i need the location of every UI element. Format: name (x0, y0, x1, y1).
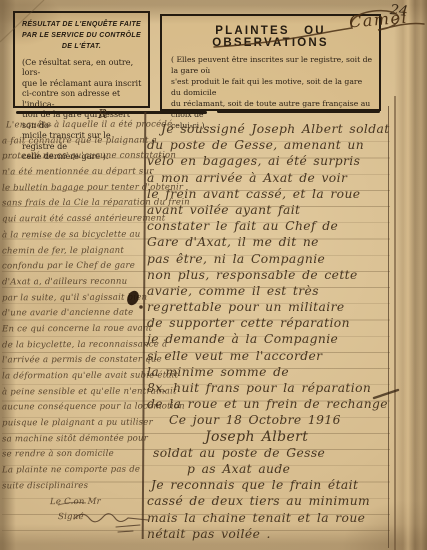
handwritten-line: la minime somme de (147, 364, 397, 380)
handwritten-line: sans frais de la Cie la réparation du fr… (2, 196, 144, 212)
handwritten-line: de la bicyclette, la reconnaissance à (2, 337, 144, 353)
handwritten-line: si elle veut me l'accorder (147, 348, 397, 364)
handwritten-line: l'arrivée a permis de constater que (2, 353, 144, 369)
handwritten-line: a fait connaître que le plaignant a (2, 133, 144, 149)
handwritten-line: à peine sensible et qu'elle n'entraînait (2, 384, 144, 400)
handwritten-line: vélo en bagages, ai été surpris (147, 153, 397, 169)
result-box: RÉSULTAT DE L'ENQUÊTE FAITE PAR LE SERVI… (13, 11, 150, 108)
handwritten-line: Gare d'Axat, il me dit ne (147, 234, 397, 250)
handwritten-line: avarie, comme il est très (147, 283, 397, 299)
handwritten-line: puisque le plaignant a pu utiliser (2, 416, 144, 432)
handwritten-line: soldat au poste de Gesse (147, 445, 397, 461)
handwritten-line: 8x. huit frans pour la réparation (147, 380, 397, 396)
handwritten-line: confondu par le Chef de gare (2, 259, 144, 275)
handwritten-line: d'Axat a, d'ailleurs reconnu (2, 275, 144, 291)
right-column-rule-bar (217, 110, 380, 113)
handwritten-line: le bulletin bagage pour tenter d'obtenir (2, 180, 144, 196)
handwritten-line: à la remise de sa bicyclette au (2, 227, 144, 243)
handwritten-line: de la roue et un frein de rechange (147, 396, 397, 412)
complaint-text-column: Je soussigné Joseph Albert soldatdu post… (147, 121, 397, 542)
register-page: RÉSULTAT DE L'ENQUÊTE FAITE PAR LE SERVI… (0, 0, 427, 550)
handwritten-line: regrettable pour un militaire (147, 299, 397, 315)
handwritten-line: aucune conséquence pour la locomotion (2, 400, 144, 416)
handwritten-line: sa machine sitôt démontée pour (2, 431, 144, 447)
handwritten-line: mais la chaine tenait et la roue (147, 510, 397, 526)
handwritten-line: p as Axat aude (147, 461, 397, 477)
handwritten-line: je demande à la Compagnie (147, 331, 397, 347)
handwritten-line: Joseph Albert (147, 429, 397, 445)
complaints-box-title: PLAINTES OU OBSERVATIONS (162, 25, 379, 49)
handwritten-line: suite disciplinaires (2, 478, 144, 494)
handwritten-line: qui aurait été cassé antérieurement (2, 212, 144, 228)
handwritten-line: non plus, responsable de cette (147, 267, 397, 283)
handwritten-line: se rendre à son domicile (2, 447, 144, 463)
handwritten-line: L'enquête à laquelle il a été procédé (2, 118, 144, 134)
handwritten-line: d'une avarie d'ancienne date (2, 306, 144, 322)
handwritten-line: Ce jour 18 Octobre 1916 (147, 412, 397, 428)
handwritten-line: Je soussigné Joseph Albert soldat (147, 121, 397, 137)
handwritten-line: du poste de Gesse, amenant un (147, 137, 397, 153)
handwritten-line: Le C.on Mr (2, 494, 144, 510)
left-column-rule-bar (16, 111, 207, 114)
handwritten-line: protesté ne ce qu'aucune constatation (2, 149, 144, 165)
handwritten-line: le frein avant cassé, et la roue (147, 186, 397, 202)
complaints-box: PLAINTES OU OBSERVATIONS ( Elles peuvent… (160, 14, 381, 111)
handwritten-line: avant voilée ayant fait (147, 202, 397, 218)
handwritten-line: En ce qui concerne la roue avant (2, 322, 144, 338)
handwritten-line: à mon arrivée à Axat de voir (147, 170, 397, 186)
handwritten-line: nétait pas voilée . (147, 526, 397, 542)
handwritten-line: Signé (2, 510, 144, 526)
handwritten-line: constater le fait au Chef de (147, 218, 397, 234)
result-box-title: RÉSULTAT DE L'ENQUÊTE FAITE PAR LE SERVI… (15, 20, 148, 53)
inspection-response-column: L'enquête à laquelle il a été procédéa f… (2, 118, 144, 526)
handwritten-line: chemin de fer, le plaignant (2, 243, 144, 259)
handwritten-line: Je reconnais que le frain était (147, 477, 397, 493)
page-fold-edge (394, 0, 427, 550)
handwritten-line: cassé de deux tiers au minimum (147, 493, 397, 509)
handwritten-line: pas être, ni la Compagnie (147, 251, 397, 267)
handwritten-line: la déformation qu'elle avait subie était (2, 369, 144, 385)
handwritten-line: n'a été mentionnée au départ sur (2, 165, 144, 181)
handwritten-line: par la suite, qu'il s'agissait bien (2, 290, 144, 306)
handwritten-line: La plainte ne comporte pas de (2, 463, 144, 479)
handwritten-line: de supporter cette réparation (147, 315, 397, 331)
